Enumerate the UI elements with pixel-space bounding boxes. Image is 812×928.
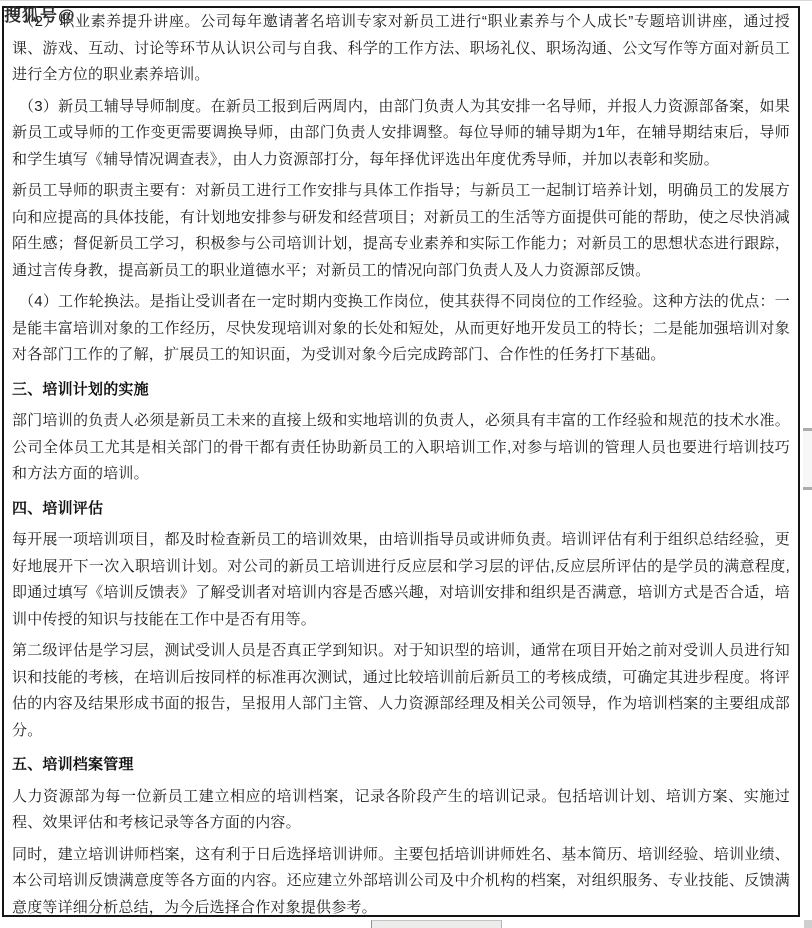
- document-panel: （2）职业素养提升讲座。公司每年邀请著名培训专家对新员工进行“职业素养与个人成长…: [2, 6, 800, 917]
- paragraph-item-3: （3）新员工辅导导师制度。在新员工报到后两周内，由部门负责人为其安排一名导师，并…: [12, 94, 790, 174]
- scrollbar-corner: [804, 920, 812, 928]
- section-heading-5: 五、培训档案管理: [12, 752, 790, 779]
- paragraph-item-2: （2）职业素养提升讲座。公司每年邀请著名培训专家对新员工进行“职业素养与个人成长…: [12, 9, 790, 89]
- paragraph-implementation: 部门培训的负责人必须是新员工未来的直接上级和实地培训的负责人，必须具有丰富的工作…: [12, 408, 790, 488]
- top-edge-divider: [0, 0, 812, 1]
- vertical-scrollbar-thumb[interactable]: [803, 428, 812, 490]
- paragraph-item-4: （4）工作轮换法。是指让受训者在一定时期内变换工作岗位，使其获得不同岗位的工作经…: [12, 289, 790, 369]
- section-heading-3: 三、培训计划的实施: [12, 377, 790, 404]
- paragraph-archive-1: 人力资源部为每一位新员工建立相应的培训档案，记录各阶段产生的培训记录。包括培训计…: [12, 784, 790, 837]
- paragraph-mentor-duties: 新员工导师的职责主要有：对新员工进行工作安排与具体工作指导；与新员工一起制订培养…: [12, 178, 790, 284]
- horizontal-scrollbar-thumb[interactable]: [371, 920, 502, 928]
- paragraph-evaluation-2: 第二级评估是学习层，测试受训人员是否真正学到知识。对于知识型的培训，通常在项目开…: [12, 638, 790, 744]
- page: （2）职业素养提升讲座。公司每年邀请著名培训专家对新员工进行“职业素养与个人成长…: [0, 0, 812, 928]
- paragraph-evaluation-1: 每开展一项培训项目，都及时检查新员工的培训效果，由培训指导员或讲师负责。培训评估…: [12, 527, 790, 633]
- paragraph-archive-2: 同时，建立培训讲师档案，这有利于日后选择培训讲师。主要包括培训讲师姓名、基本简历…: [12, 842, 790, 918]
- section-heading-4: 四、培训评估: [12, 496, 790, 523]
